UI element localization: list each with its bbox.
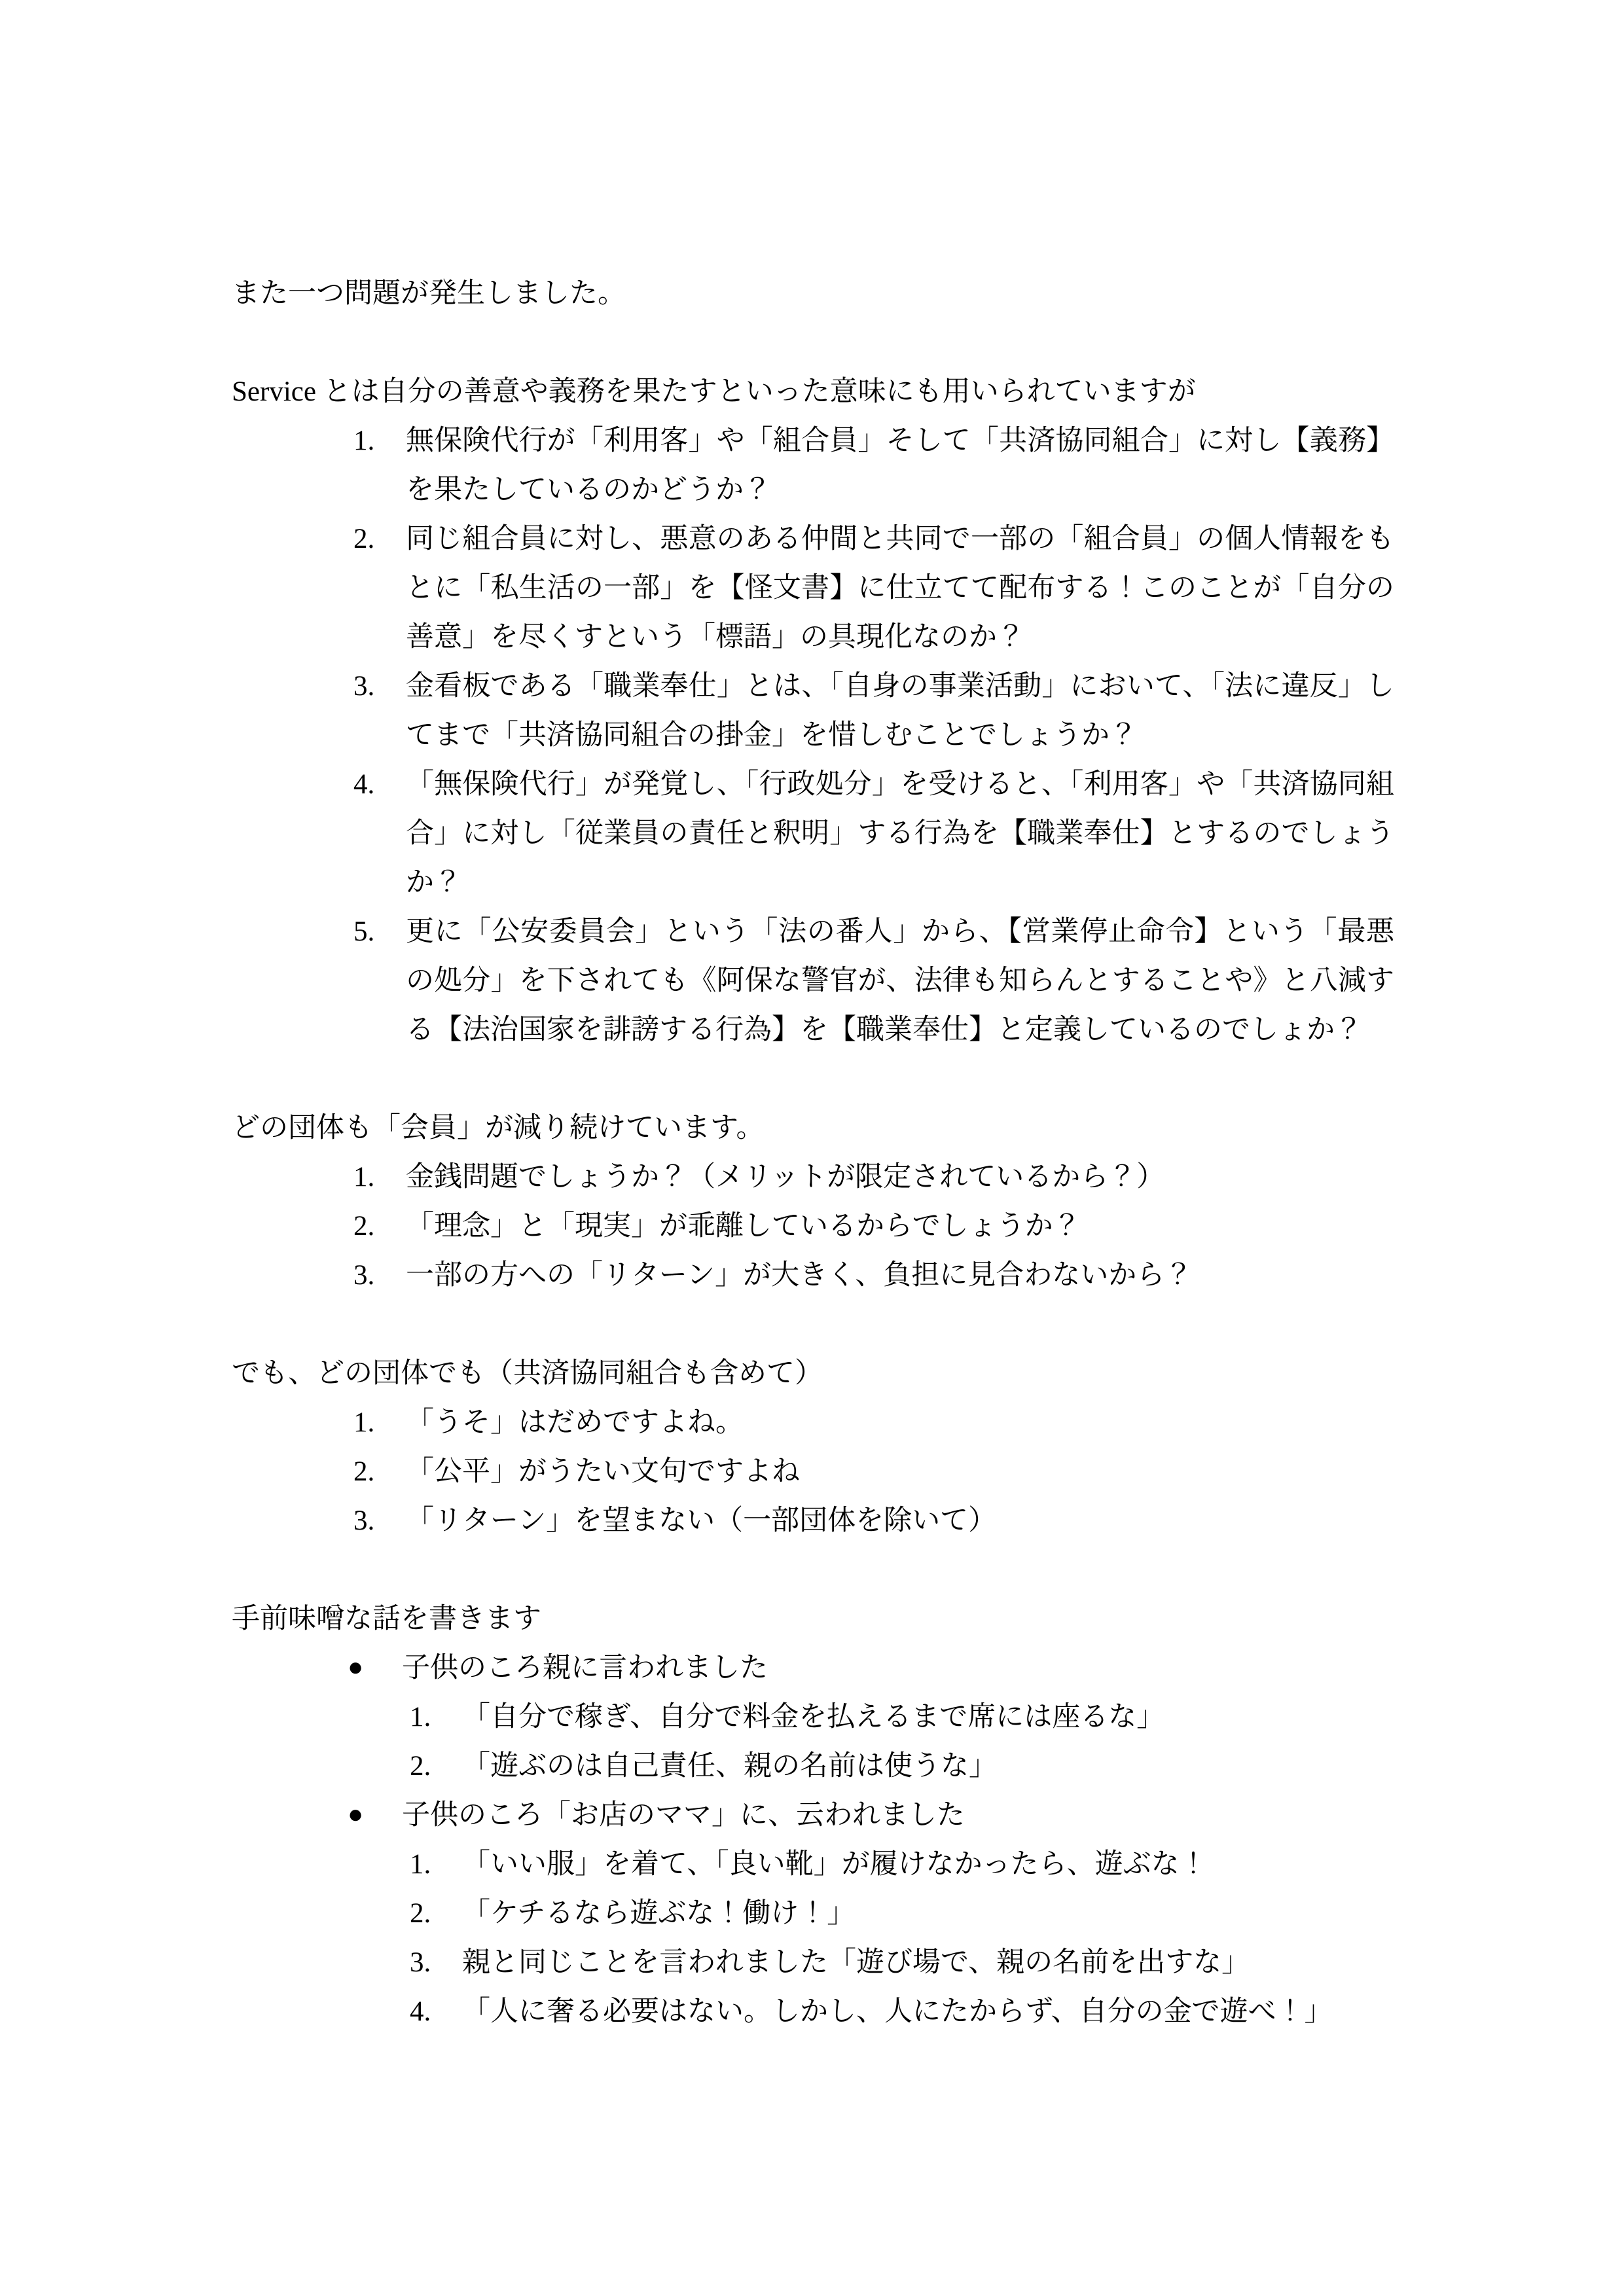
list-item: 2. 「ケチるなら遊ぶな！働け！」 (232, 1889, 1394, 1938)
list-item: 2. 「遊ぶのは自己責任、親の名前は使うな」 (232, 1742, 1394, 1791)
section-heading: Service とは自分の善意や義務を果たすといった意味にも用いられていますが (232, 367, 1394, 416)
list-item-number: 4. (410, 1987, 431, 2036)
list-item-text: 「ケチるなら遊ぶな！働け！」 (462, 1898, 855, 1929)
list-item-number: 2. (353, 1447, 374, 1496)
blank-line (232, 1545, 1394, 1594)
list-item-number: 1. (410, 1840, 431, 1889)
list-item-text: 金看板である「職業奉仕」とは、「自身の事業活動」において、「法に違反」してまで「… (406, 671, 1394, 751)
blank-line (232, 1300, 1394, 1349)
list-item-text: 「遊ぶのは自己責任、親の名前は使うな」 (462, 1751, 997, 1782)
list-item: 4. 「人に奢る必要はない。しかし、人にたからず、自分の金で遊べ！」 (232, 1987, 1394, 2036)
list-item: 1. 無保険代行が「利用客」や「組合員」そして「共済協同組合」に対し【義務】を果… (232, 416, 1394, 514)
list-item-number: 1. (353, 1398, 374, 1447)
list-item: 4. 「無保険代行」が発覚し、「行政処分」を受けると、「利用客」や「共済協同組合… (232, 760, 1394, 907)
section-common-values: でも、どの団体でも（共済協同組合も含めて） 1. 「うそ」はだめですよね。 2.… (232, 1349, 1394, 1545)
list-item-number: 1. (353, 416, 374, 465)
list-item: 2. 「理念」と「現実」が乖離しているからでしょうか？ (232, 1202, 1394, 1251)
list-item-number: 1. (353, 1153, 374, 1202)
list-item-number: 5. (353, 907, 374, 956)
section-heading: 手前味噌な話を書きます (232, 1594, 1394, 1643)
list-item-text: 無保険代行が「利用客」や「組合員」そして「共済協同組合」に対し【義務】を果たして… (406, 425, 1394, 505)
list-item: 3. 「リターン」を望まない（一部団体を除いて） (232, 1496, 1394, 1545)
list-item-number: 3. (410, 1938, 431, 1987)
list-item-number: 1. (410, 1693, 431, 1742)
list-item-number: 3. (353, 1251, 374, 1300)
bullet-label: 子供のころ親に言われました (402, 1653, 768, 1683)
list-item: 3. 金看板である「職業奉仕」とは、「自身の事業活動」において、「法に違反」して… (232, 662, 1394, 760)
list-item-text: 「人に奢る必要はない。しかし、人にたからず、自分の金で遊べ！」 (462, 1996, 1333, 2027)
blank-line (232, 318, 1394, 367)
section-service: Service とは自分の善意や義務を果たすといった意味にも用いられていますが … (232, 367, 1394, 1054)
document-page: また一つ問題が発生しました。 Service とは自分の善意や義務を果たすといっ… (0, 0, 1624, 2296)
list-item: 5. 更に「公安委員会」という「法の番人」から、【営業停止命令】という「最悪の処… (232, 907, 1394, 1054)
list-item-number: 4. (353, 760, 374, 809)
list-item-text: 同じ組合員に対し、悪意のある仲間と共同で一部の「組合員」の個人情報をもとに「私生… (406, 524, 1394, 653)
list-item-text: 「リターン」を望まない（一部団体を除いて） (406, 1505, 996, 1536)
bullet-item: ● 子供のころ「お店のママ」に、云われました (232, 1791, 1394, 1840)
list-item-text: 金銭問題でしょうか？（メリットが限定されているから？） (406, 1162, 1164, 1193)
list-item-text: 「いい服」を着て、「良い靴」が履けなかったら、遊ぶな！ (462, 1849, 1208, 1880)
list-item: 2. 「公平」がうたい文句ですよね (232, 1447, 1394, 1496)
list-item: 1. 金銭問題でしょうか？（メリットが限定されているから？） (232, 1153, 1394, 1202)
list-item-text: 一部の方への「リターン」が大きく、負担に見合わないから？ (406, 1260, 1193, 1291)
list-item: 1. 「うそ」はだめですよね。 (232, 1398, 1394, 1447)
blank-line (232, 1054, 1394, 1103)
bullet-icon: ● (348, 1642, 363, 1691)
list-item-number: 2. (410, 1889, 431, 1938)
list-item-text: 「うそ」はだめですよね。 (406, 1407, 744, 1438)
list-item: 3. 親と同じことを言われました「遊び場で、親の名前を出すな」 (232, 1938, 1394, 1987)
list-item-text: 「理念」と「現実」が乖離しているからでしょうか？ (406, 1211, 1081, 1242)
list-item-text: 「公平」がうたい文句ですよね (406, 1456, 800, 1487)
list-item: 1. 「いい服」を着て、「良い靴」が履けなかったら、遊ぶな！ (232, 1840, 1394, 1889)
section-heading: でも、どの団体でも（共済協同組合も含めて） (232, 1349, 1394, 1398)
list-item-number: 2. (410, 1742, 431, 1791)
section-heading: どの団体も「会員」が減り続けています。 (232, 1103, 1394, 1153)
list-item: 3. 一部の方への「リターン」が大きく、負担に見合わないから？ (232, 1251, 1394, 1300)
document-content: また一つ問題が発生しました。 Service とは自分の善意や義務を果たすといっ… (232, 269, 1394, 2036)
list-item-text: 「自分で稼ぎ、自分で料金を払えるまで席には座るな」 (462, 1702, 1164, 1732)
list-item-number: 2. (353, 1202, 374, 1251)
list-item-text: 親と同じことを言われました「遊び場で、親の名前を出すな」 (462, 1947, 1250, 1978)
section-personal-story: 手前味噌な話を書きます ● 子供のころ親に言われました 1. 「自分で稼ぎ、自分… (232, 1594, 1394, 2036)
section-membership-decline: どの団体も「会員」が減り続けています。 1. 金銭問題でしょうか？（メリットが限… (232, 1103, 1394, 1300)
list-item-number: 3. (353, 1496, 374, 1545)
bullet-label: 子供のころ「お店のママ」に、云われました (402, 1800, 965, 1831)
list-item-text: 「無保険代行」が発覚し、「行政処分」を受けると、「利用客」や「共済協同組合」に対… (406, 769, 1394, 898)
opening-paragraph: また一つ問題が発生しました。 (232, 269, 1394, 318)
list-item-number: 2. (353, 514, 374, 564)
bullet-icon: ● (348, 1789, 363, 1839)
list-item-text: 更に「公安委員会」という「法の番人」から、【営業停止命令】という「最悪の処分」を… (406, 916, 1394, 1045)
bullet-item: ● 子供のころ親に言われました (232, 1643, 1394, 1693)
list-item: 2. 同じ組合員に対し、悪意のある仲間と共同で一部の「組合員」の個人情報をもとに… (232, 514, 1394, 662)
list-item: 1. 「自分で稼ぎ、自分で料金を払えるまで席には座るな」 (232, 1693, 1394, 1742)
list-item-number: 3. (353, 662, 374, 711)
